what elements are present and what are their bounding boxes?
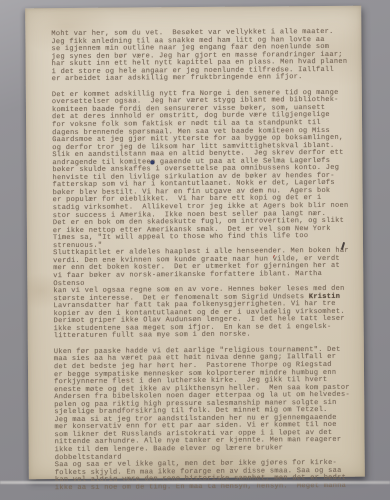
scanner-background: Moht var her, som du vet. Besøket var ve… bbox=[0, 0, 390, 500]
red-ink-comma-mark: , bbox=[272, 250, 277, 259]
blue-ink-dot-mark bbox=[150, 160, 154, 164]
typewritten-text: Moht var her, som du vet. Besøket var ve… bbox=[51, 29, 355, 493]
letter-page: Moht var her, som du vet. Besøket var ve… bbox=[25, 6, 365, 480]
paragraph-2: Det er kommet adskillig nytt fra Norge i… bbox=[52, 90, 354, 341]
paragraph-1: Moht var her, som du vet. Besøket var ve… bbox=[51, 29, 351, 84]
paragraph-2-text: Det er kommet adskillig nytt fra Norge i… bbox=[52, 89, 349, 303]
paragraph-3: Uken før paaske hadde vi det aarlige "re… bbox=[54, 347, 355, 493]
